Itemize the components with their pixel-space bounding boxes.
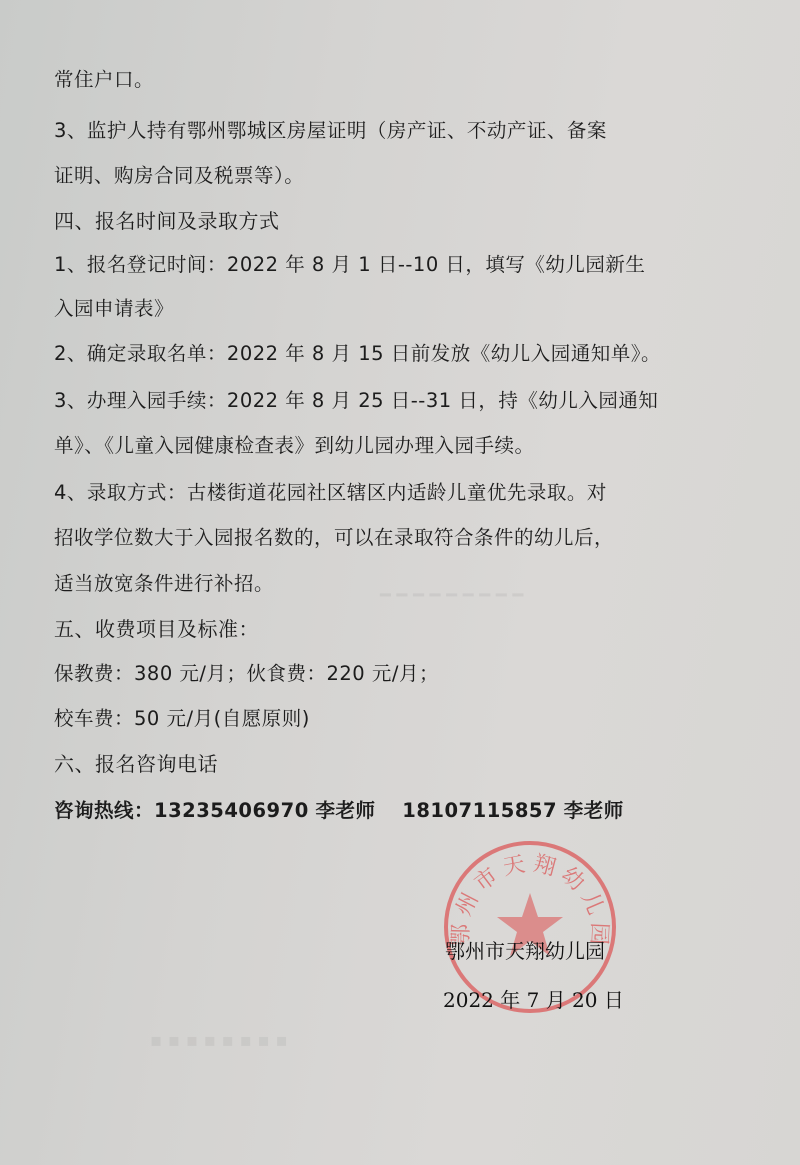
text-line-bus-fee: 校车费：50 元/月(自愿原则) xyxy=(54,707,310,731)
hotline-contact-2: 李老师 xyxy=(564,799,624,822)
text-line-enrollment-docs: 单》、《儿童入园健康检查表》到幼儿园办理入园手续。 xyxy=(54,434,535,458)
signature-organization: 鄂州市天翔幼儿园 xyxy=(445,935,605,964)
bleed-through-text: ━ ━ ━ ━ ━ ━ ━ ━ ━ xyxy=(380,585,523,606)
bleed-through-text: ▪ ▪ ▪ ▪ ▪ ▪ ▪ ▪ xyxy=(150,1030,288,1051)
section-heading-contact: 六、报名咨询电话 xyxy=(54,752,218,776)
text-line-housing-proof: 3、监护人持有鄂州鄂城区房屋证明（房产证、不动产证、备案 xyxy=(54,119,607,143)
section-heading-registration: 四、报名时间及录取方式 xyxy=(54,209,280,233)
text-line-admission-list: 2、确定录取名单：2022 年 8 月 15 日前发放《幼儿入园通知单》。 xyxy=(54,342,661,366)
hotline-line: 咨询热线：13235406970 李老师 18107115857 李老师 xyxy=(54,799,624,823)
text-line-admission-method: 4、录取方式：古楼街道花园社区辖区内适龄儿童优先录取。对 xyxy=(54,481,607,505)
text-line-registration-time: 1、报名登记时间：2022 年 8 月 1 日--10 日，填写《幼儿园新生 xyxy=(54,253,645,277)
text-line-housing-proof-cont: 证明、购房合同及税票等）。 xyxy=(54,164,304,188)
hotline-phone-1: 13235406970 xyxy=(154,799,309,822)
document-page: 常住户口。 3、监护人持有鄂州鄂城区房屋证明（房产证、不动产证、备案 证明、购房… xyxy=(0,0,800,1165)
text-line-admission-method-end: 适当放宽条件进行补招。 xyxy=(54,572,274,596)
text-line-tuition-meal-fees: 保教费：380 元/月；伙食费：220 元/月； xyxy=(54,662,439,686)
text-line-registration-form: 入园申请表》 xyxy=(54,297,174,321)
hotline-contact-1: 李老师 xyxy=(315,799,375,822)
section-heading-fees: 五、收费项目及标准： xyxy=(54,617,259,641)
text-line-residence: 常住户口。 xyxy=(54,68,154,92)
text-line-enrollment-procedure: 3、办理入园手续：2022 年 8 月 25 日--31 日，持《幼儿入园通知 xyxy=(54,389,658,413)
hotline-label: 咨询热线： xyxy=(54,799,154,822)
signature-date: 2022 年 7 月 20 日 xyxy=(443,984,624,1013)
hotline-phone-2: 18107115857 xyxy=(402,799,557,822)
text-line-admission-method-cont: 招收学位数大于入园报名数的，可以在录取符合条件的幼儿后， xyxy=(54,526,614,550)
